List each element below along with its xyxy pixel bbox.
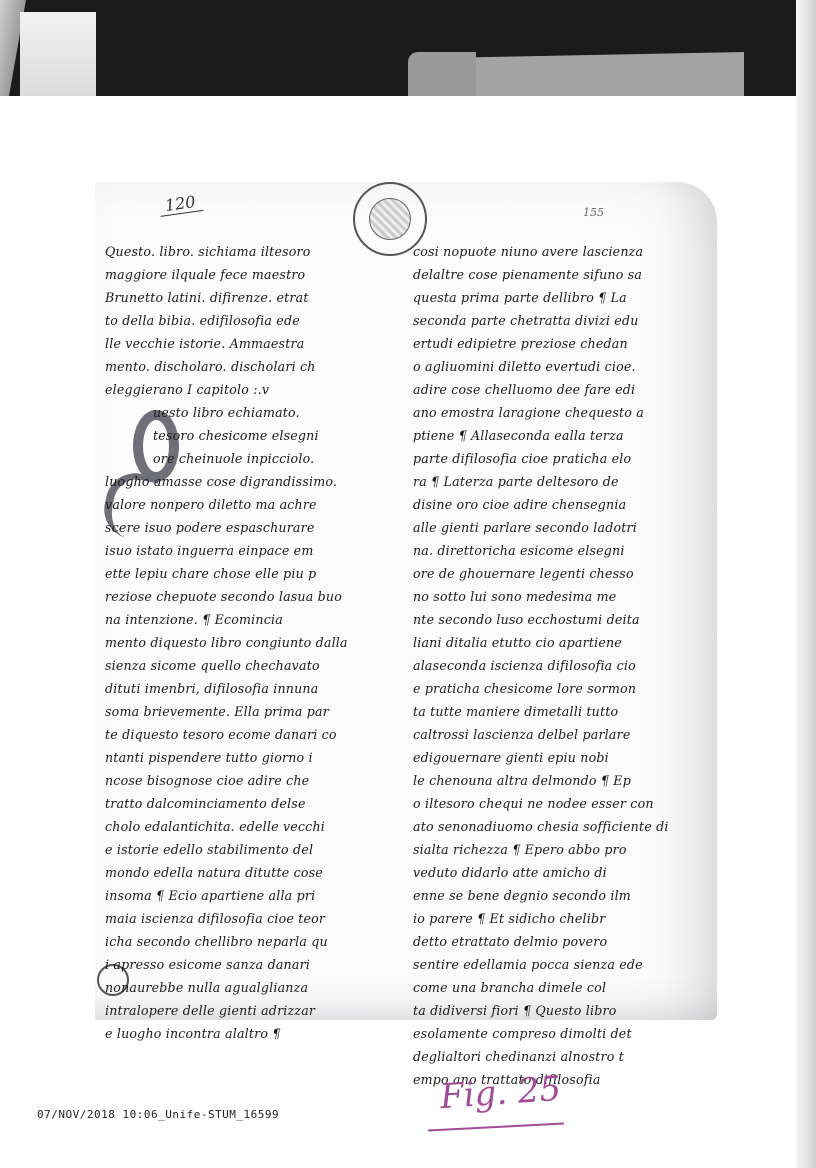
text-line: ptiene ¶ Allaseconda ealla terza: [413, 424, 703, 447]
text-line: le chenouna altra delmondo ¶ Ep: [413, 769, 703, 792]
text-line: seconda parte chetratta divizi edu: [413, 309, 703, 332]
text-line: e istorie edello stabilimento del: [105, 838, 405, 861]
text-line: esolamente compreso dimolti det: [413, 1022, 703, 1045]
text-line: alle gienti parlare secondo ladotri: [413, 516, 703, 539]
text-line: cosi nopuote niuno avere lascienza: [413, 240, 703, 263]
text-line: te diquesto tesoro ecome danari co: [105, 723, 405, 746]
text-line: sentire edellamia pocca sienza ede: [413, 953, 703, 976]
text-line: ertudi edipietre preziose chedan: [413, 332, 703, 355]
text-line: ato senonadiuomo chesia sofficiente di: [413, 815, 703, 838]
text-column-left: Questo. libro. sichiama iltesoro maggior…: [105, 240, 405, 1045]
text-line: insoma ¶ Ecio apartiene alla pri: [105, 884, 405, 907]
text-line: uesto libro echiamato.: [105, 401, 405, 424]
text-line: ta tutte maniere dimetalli tutto: [413, 700, 703, 723]
text-line: na intenzione. ¶ Ecomincia: [105, 608, 405, 631]
text-line: luogho amasse cose digrandissimo.: [105, 470, 405, 493]
text-line: e luogho incontra alaltro ¶: [105, 1022, 405, 1045]
text-line: ore de ghouernare legenti chesso: [413, 562, 703, 585]
text-line: na. direttoricha esicome elsegni: [413, 539, 703, 562]
text-line: valore nonpero diletto ma achre: [105, 493, 405, 516]
text-line: o agliuomini diletto evertudi cioe.: [413, 355, 703, 378]
text-line: come una brancha dimele col: [413, 976, 703, 999]
text-line: deglialtori chedinanzi alnostro t: [413, 1045, 703, 1068]
text-line: Questo. libro. sichiama iltesoro: [105, 240, 405, 263]
text-line: isuo istato inguerra einpace em: [105, 539, 405, 562]
text-line: maia iscienza difilosofia cioe teor: [105, 907, 405, 930]
text-column-right: cosi nopuote niuno avere lascienza delal…: [413, 240, 703, 1091]
text-line: io parere ¶ Et sidicho chelibr: [413, 907, 703, 930]
text-line: eleggierano I capitolo :.v: [105, 378, 405, 401]
text-line: parte difilosofia cioe praticha elo: [413, 447, 703, 470]
text-line: questa prima parte dellibro ¶ La: [413, 286, 703, 309]
scanner-edge-strip: [796, 0, 816, 1168]
text-line: detto etrattato delmio povero: [413, 930, 703, 953]
text-line: ncose bisognose cioe adire che: [105, 769, 405, 792]
text-line: tesoro chesicome elsegni: [105, 424, 405, 447]
text-line: edigouernare gienti epiu nobi: [413, 746, 703, 769]
text-line: sienza sicome quello chechavato: [105, 654, 405, 677]
background-sheet: [20, 12, 96, 96]
text-line: caltrossi lascienza delbel parlare: [413, 723, 703, 746]
text-line: soma brievemente. Ella prima par: [105, 700, 405, 723]
scan-background-top: [0, 0, 796, 96]
figure-label-underline: [428, 1122, 564, 1131]
text-line: to della bibia. edifilosofia ede: [105, 309, 405, 332]
text-line: ra ¶ Laterza parte deltesoro de: [413, 470, 703, 493]
text-line: Brunetto latini. difirenze. etrat: [105, 286, 405, 309]
text-line: dituti imenbri, difilosofia innuna: [105, 677, 405, 700]
text-line: ta didiversi fiori ¶ Questo libro: [413, 999, 703, 1022]
background-card-extension: [476, 52, 744, 96]
text-line: e praticha chesicome lore sormon: [413, 677, 703, 700]
text-line: liani ditalia etutto cio apartiene: [413, 631, 703, 654]
text-line: nte secondo luso ecchostumi deita: [413, 608, 703, 631]
text-line: i apresso esicome sanza danari: [105, 953, 405, 976]
scan-timestamp: 07/NOV/2018 10:06_Unife-STUM_16599: [37, 1108, 279, 1121]
folio-number-secondary: 155: [583, 206, 604, 219]
text-line: lle vecchie istorie. Ammaestra: [105, 332, 405, 355]
text-line: alaseconda iscienza difilosofia cio: [413, 654, 703, 677]
background-card: [408, 52, 476, 96]
text-line: mento diquesto libro congiunto dalla: [105, 631, 405, 654]
text-line: scere isuo podere espaschurare: [105, 516, 405, 539]
text-line: ore cheinuole inpicciolo.: [105, 447, 405, 470]
text-line: mento. discholaro. discholari ch: [105, 355, 405, 378]
text-line: no sotto lui sono medesima me: [413, 585, 703, 608]
text-line: enne se bene degnio secondo ilm: [413, 884, 703, 907]
folio-number: 120: [158, 191, 203, 217]
text-line: ette lepiu chare chose elle piu p: [105, 562, 405, 585]
text-line: cholo edalantichita. edelle vecchi: [105, 815, 405, 838]
text-line: sialta richezza ¶ Epero abbo pro: [413, 838, 703, 861]
text-line: maggiore ilquale fece maestro: [105, 263, 405, 286]
text-line: disine oro cioe adire chensegnia: [413, 493, 703, 516]
text-line: ntanti pispendere tutto giorno i: [105, 746, 405, 769]
text-line: o iltesoro chequi ne nodee esser con: [413, 792, 703, 815]
text-line: intralopere delle gienti adrizzar: [105, 999, 405, 1022]
text-line: veduto didarlo atte amicho di: [413, 861, 703, 884]
text-line: icha secondo chellibro neparla qu: [105, 930, 405, 953]
text-line: adire cose chelluomo dee fare edi: [413, 378, 703, 401]
text-line: ano emostra laragione chequesto a: [413, 401, 703, 424]
text-line: delaltre cose pienamente sifuno sa: [413, 263, 703, 286]
text-line: mondo edella natura ditutte cose: [105, 861, 405, 884]
manuscript-page: 120 155 Questo. libro. sichiama iltesoro…: [95, 182, 717, 1020]
text-line: nonaurebbe nulla agualglianza: [105, 976, 405, 999]
text-line: tratto dalcominciamento delse: [105, 792, 405, 815]
text-line: reziose chepuote secondo lasua buo: [105, 585, 405, 608]
figure-label: Fig. 25: [439, 1069, 563, 1117]
